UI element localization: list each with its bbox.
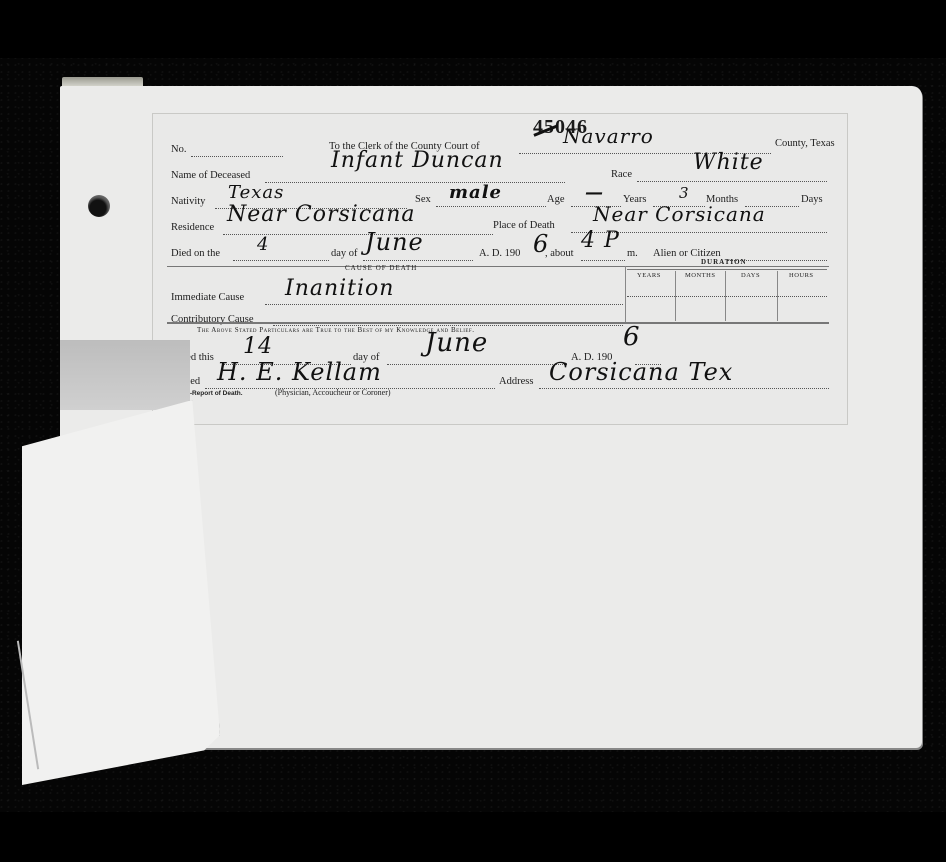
- cause-bottom-rule: [167, 322, 829, 324]
- no-label: No.: [171, 144, 186, 155]
- county-suffix: County, Texas: [775, 138, 835, 149]
- name-label: Name of Deceased: [171, 170, 250, 181]
- died-ad-label: A. D. 190: [479, 248, 520, 259]
- punch-hole: [88, 195, 110, 217]
- immediate-cause-value: Inanition: [285, 276, 394, 301]
- days-label: Days: [801, 194, 823, 205]
- dated-year-digit: 6: [623, 322, 641, 352]
- dated-month-value: June: [425, 328, 488, 358]
- died-time-value: 4 P: [581, 228, 620, 253]
- died-month-line: [363, 260, 473, 261]
- dated-day-value: 14: [243, 334, 273, 359]
- age-label: Age: [547, 194, 565, 205]
- address-label: Address: [499, 376, 533, 387]
- address-value: Corsicana Tex: [549, 358, 733, 386]
- sex-line: [436, 206, 546, 207]
- duration-col-days: DAYS: [741, 272, 760, 279]
- race-label: Race: [611, 169, 632, 180]
- time-line: [581, 260, 625, 261]
- fold-shadow: [60, 340, 190, 410]
- died-day-value: 4: [257, 234, 269, 255]
- duration-divider: [625, 266, 626, 322]
- scan-border-top: [0, 0, 946, 58]
- nativity-label: Nativity: [171, 196, 205, 207]
- about-label: , about: [545, 248, 574, 259]
- immediate-cause-label: Immediate Cause: [171, 292, 244, 303]
- no-line: [191, 156, 283, 157]
- died-day-line: [233, 260, 329, 261]
- died-month-value: June: [365, 228, 424, 256]
- race-value: White: [693, 150, 764, 175]
- duration-rule: [627, 269, 827, 270]
- signer-role: (Physician, Accoucheur or Coroner): [275, 388, 391, 397]
- name-line: [265, 182, 565, 183]
- duration-col-months: MONTHS: [685, 272, 715, 279]
- race-line: [637, 181, 827, 182]
- immediate-cause-line: [265, 304, 623, 305]
- county-value: Navarro: [563, 124, 654, 148]
- signature-value: H. E. Kellam: [217, 358, 382, 386]
- age-years-value: —: [585, 182, 604, 203]
- sex-value: male: [449, 182, 502, 203]
- duration-col-hours: HOURS: [789, 272, 814, 279]
- died-day-of-label: day of: [331, 248, 358, 259]
- duration-heading: DURATION: [701, 258, 747, 266]
- dated-month-line: [387, 364, 567, 365]
- death-report-form: No. To the Clerk of the County Court of …: [152, 113, 848, 425]
- age-months-value: 3: [679, 184, 690, 202]
- died-on-label: Died on the: [171, 248, 220, 259]
- place-of-death-value: Near Corsicana: [593, 202, 766, 226]
- residence-value: Near Corsicana: [227, 202, 416, 227]
- residence-label: Residence: [171, 222, 214, 233]
- nativity-value: Texas: [228, 182, 284, 203]
- folded-card-flap: [22, 400, 220, 785]
- duration-row-line: [627, 296, 827, 297]
- m-label: m.: [627, 248, 638, 259]
- cause-of-death-heading: CAUSE OF DEATH: [345, 264, 417, 272]
- scan-border-bottom: [0, 812, 946, 862]
- cause-top-rule: [167, 266, 829, 267]
- sex-label: Sex: [415, 194, 431, 205]
- name-value: Infant Duncan: [331, 148, 504, 173]
- address-line: [539, 388, 829, 389]
- duration-col-years: YEARS: [637, 272, 661, 279]
